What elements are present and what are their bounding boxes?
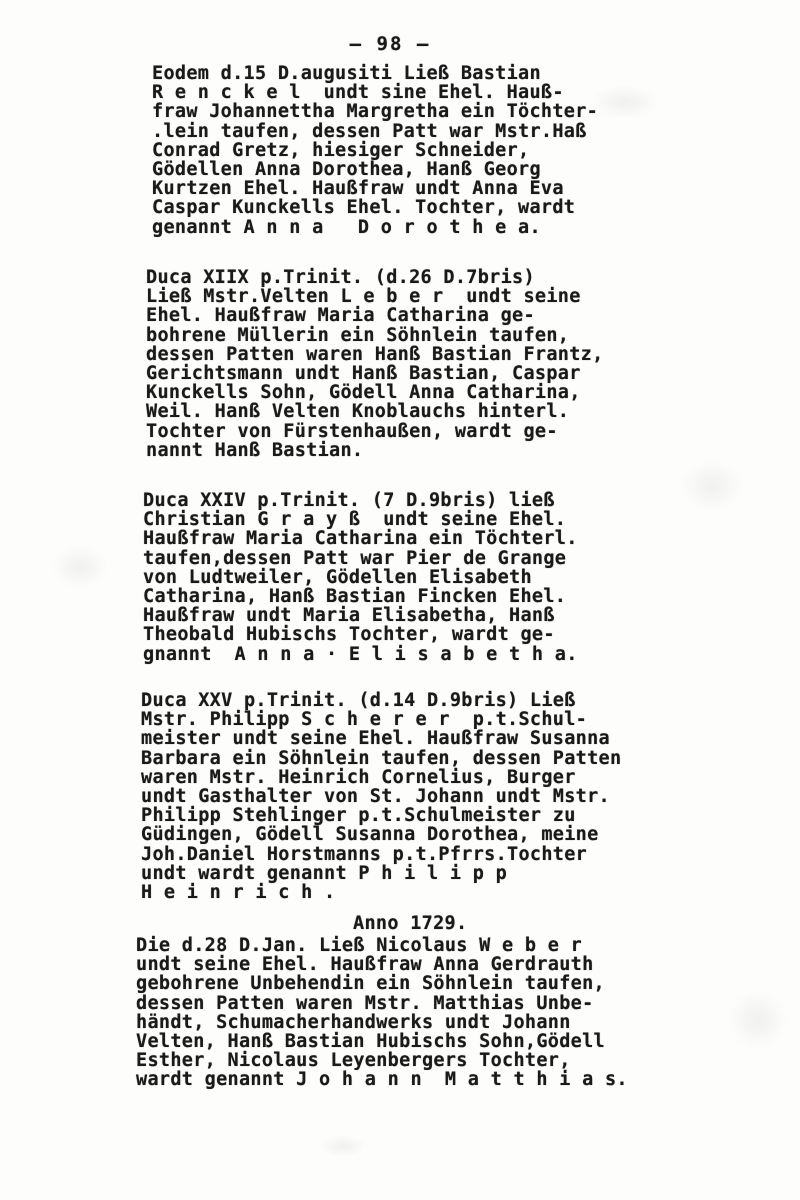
- text-line: Christian G r a y ß undt seine Ehel.: [143, 510, 743, 529]
- text-line: Caspar Kunckells Ehel. Tochter, wardt: [152, 198, 752, 217]
- text-line: Güdingen, Gödell Susanna Dorothea, meine: [141, 825, 741, 844]
- text-line: Weil. Hanß Velten Knoblauchs hinterl.: [146, 402, 746, 421]
- baptism-entry-weber: Die d.28 D.Jan. Ließ Nicolaus W e b e ru…: [136, 936, 736, 1090]
- text-line: Conrad Gretz, hiesiger Schneider,: [152, 141, 752, 160]
- text-line: R e n c k e l undt sine Ehel. Hauß-: [152, 83, 752, 102]
- text-line: undt seine Ehel. Haußfraw Anna Gerdrauth: [136, 955, 736, 974]
- text-line: gnannt A n n a · E l i s a b e t h a.: [143, 645, 743, 664]
- page-number: – 98 –: [0, 33, 780, 55]
- text-line: Esther, Nicolaus Leyenbergers Tochter,: [136, 1051, 736, 1070]
- text-line: Philipp Stehlinger p.t.Schulmeister zu: [141, 806, 741, 825]
- text-line: Duca XIIX p.Trinit. (d.26 D.7bris): [146, 268, 746, 287]
- year-heading: Anno 1729.: [353, 913, 467, 934]
- text-line: undt wardt genannt P h i l i p p: [141, 864, 741, 883]
- scan-smudge: [680, 460, 744, 512]
- text-line: Barbara ein Söhnlein taufen, dessen Patt…: [141, 749, 741, 768]
- baptism-entry-renckel: Eodem d.15 D.augusiti Ließ BastianR e n …: [152, 64, 752, 237]
- text-line: Haußfraw Maria Catharina ein Töchterl.: [143, 529, 743, 548]
- text-line: Catharina, Hanß Bastian Fincken Ehel.: [143, 587, 743, 606]
- text-line: von Ludtweiler, Gödellen Elisabeth: [143, 568, 743, 587]
- baptism-entry-scherer: Duca XXV p.Trinit. (d.14 D.9bris) LießMs…: [141, 691, 741, 902]
- text-line: meister undt seine Ehel. Haußfraw Susann…: [141, 729, 741, 748]
- text-line: Theobald Hubischs Tochter, wardt ge-: [143, 625, 743, 644]
- text-line: wardt genannt J o h a n n M a t t h i a …: [136, 1070, 736, 1089]
- text-line: Gödellen Anna Dorothea, Hanß Georg: [152, 160, 752, 179]
- text-line: Kunckells Sohn, Gödell Anna Catharina,: [146, 383, 746, 402]
- text-line: Kurtzen Ehel. Haußfraw undt Anna Eva: [152, 179, 752, 198]
- text-line: nannt Hanß Bastian.: [146, 441, 746, 460]
- text-line: händt, Schumacherhandwerks undt Johann: [136, 1013, 736, 1032]
- text-line: Duca XXV p.Trinit. (d.14 D.9bris) Ließ: [141, 691, 741, 710]
- text-line: dessen Patten waren Mstr. Matthias Unbe-: [136, 994, 736, 1013]
- text-line: Mstr. Philipp S c h e r e r p.t.Schul-: [141, 710, 741, 729]
- text-line: Die d.28 D.Jan. Ließ Nicolaus W e b e r: [136, 936, 736, 955]
- text-line: Ehel. Haußfraw Maria Catharina ge-: [146, 306, 746, 325]
- text-line: Velten, Hanß Bastian Hubischs Sohn,Gödel…: [136, 1032, 736, 1051]
- text-line: bohrene Müllerin ein Söhnlein taufen,: [146, 326, 746, 345]
- text-line: Haußfraw undt Maria Elisabetha, Hanß: [143, 606, 743, 625]
- text-line: Eodem d.15 D.augusiti Ließ Bastian: [152, 64, 752, 83]
- text-line: H e i n r i c h .: [141, 883, 741, 902]
- scan-smudge: [320, 1135, 366, 1157]
- text-line: genannt A n n a D o r o t h e a.: [152, 218, 752, 237]
- scan-smudge: [52, 545, 108, 589]
- text-line: waren Mstr. Heinrich Cornelius, Burger: [141, 768, 741, 787]
- scanned-page: – 98 – Eodem d.15 D.augusiti Ließ Bastia…: [0, 0, 800, 1200]
- text-line: Gerichtsmann undt Hanß Bastian, Caspar: [146, 364, 746, 383]
- text-line: .lein taufen, dessen Patt war Mstr.Haß: [152, 122, 752, 141]
- scan-smudge: [590, 85, 660, 119]
- text-line: taufen,dessen Patt war Pier de Grange: [143, 549, 743, 568]
- text-line: gebohrene Unbehendin ein Söhnlein taufen…: [136, 974, 736, 993]
- text-line: undt Gasthalter von St. Johann undt Mstr…: [141, 787, 741, 806]
- text-line: fraw Johannettha Margretha ein Töchter-: [152, 102, 752, 121]
- baptism-entry-grayss: Duca XXIV p.Trinit. (7 D.9bris) ließChri…: [143, 491, 743, 664]
- text-line: Joh.Daniel Horstmanns p.t.Pfrrs.Tochter: [141, 845, 741, 864]
- text-line: Duca XXIV p.Trinit. (7 D.9bris) ließ: [143, 491, 743, 510]
- scan-smudge: [728, 990, 788, 1050]
- text-line: Ließ Mstr.Velten L e b e r undt seine: [146, 287, 746, 306]
- text-line: Tochter von Fürstenhaußen, wardt ge-: [146, 422, 746, 441]
- text-line: dessen Patten waren Hanß Bastian Frantz,: [146, 345, 746, 364]
- baptism-entry-leber: Duca XIIX p.Trinit. (d.26 D.7bris)Ließ M…: [146, 268, 746, 460]
